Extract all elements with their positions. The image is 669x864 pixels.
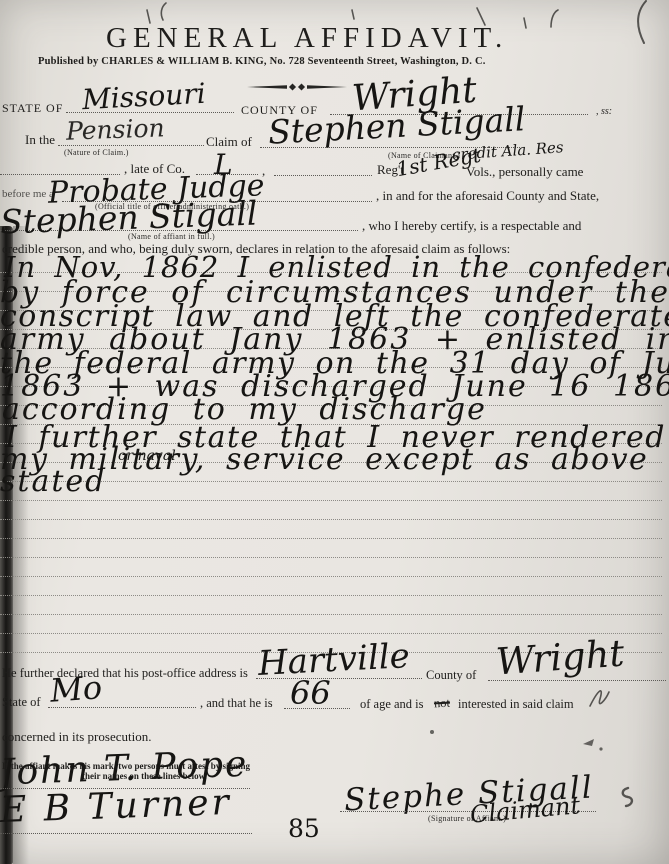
stray-mark [551, 10, 558, 27]
witness-line-2 [0, 833, 252, 834]
regt-note-handwritten: credit Ala. Res [452, 138, 565, 164]
ruled-line [0, 557, 662, 558]
stray-mark [352, 10, 354, 19]
stray-mark [638, 1, 646, 43]
of-age-label: of age and is [360, 697, 424, 712]
ruled-line [0, 538, 662, 539]
stray-mark [623, 788, 632, 806]
divider-ornament [247, 78, 347, 86]
claim-scribble [590, 691, 609, 706]
certify-label: , who I hereby certify, is a respectable… [362, 218, 581, 234]
affidavit-page: GENERAL AFFIDAVIT. Published by CHARLES … [0, 0, 669, 864]
witness-signature-2: E B Turner [0, 782, 232, 831]
insertion-handwritten: or naval [118, 448, 176, 464]
statement-line: stated [0, 464, 106, 499]
po-address-label: He further declared that his post-office… [2, 666, 248, 681]
ink-smudge [599, 747, 602, 750]
ruled-line [0, 633, 662, 634]
state-value-handwritten: Missouri [81, 77, 206, 116]
stray-mark [161, 3, 166, 20]
in-and-for-label: , in and for the aforesaid County and St… [376, 188, 599, 204]
nature-of-claim-caption: (Nature of Claim.) [64, 148, 129, 157]
affiant-name-handwritten: Stephen Stigall [0, 194, 258, 242]
interested-label: interested in said claim [458, 697, 574, 712]
nature-of-claim-handwritten: Pension [66, 113, 166, 145]
stray-mark [524, 18, 526, 28]
regt-blank [274, 175, 372, 176]
vols-label: Vols., personally came [466, 164, 583, 180]
age-handwritten: 66 [290, 674, 331, 712]
ss-label: , ss: [596, 106, 612, 117]
ink-smudge [430, 730, 434, 734]
ruled-line [0, 595, 662, 596]
page-title: GENERAL AFFIDAVIT. [106, 22, 508, 55]
before-me-label: before me a [2, 188, 54, 200]
ruled-line [0, 519, 662, 520]
not-struck-word: not [434, 696, 451, 712]
page-number: 85 [288, 814, 320, 843]
concerned-line: concerned in its prosecution. [2, 729, 151, 745]
ink-smudge [583, 739, 594, 746]
ruled-line [0, 576, 662, 577]
ruled-line [0, 500, 662, 501]
in-the-label: In the [25, 132, 55, 148]
ruled-line [0, 614, 662, 615]
state-of-footer-label: State of [2, 695, 41, 710]
po-address-handwritten: Hartville [257, 636, 411, 684]
po-county-label: County of [426, 668, 476, 683]
state-of-label: STATE OF [2, 101, 63, 116]
state-footer-handwritten: Mo [49, 668, 104, 710]
publisher-line: Published by CHARLES & WILLIAM B. KING, … [38, 56, 486, 67]
and-that-he-is-label: , and that he is [200, 696, 273, 711]
po-county-handwritten: Wright [495, 632, 626, 684]
